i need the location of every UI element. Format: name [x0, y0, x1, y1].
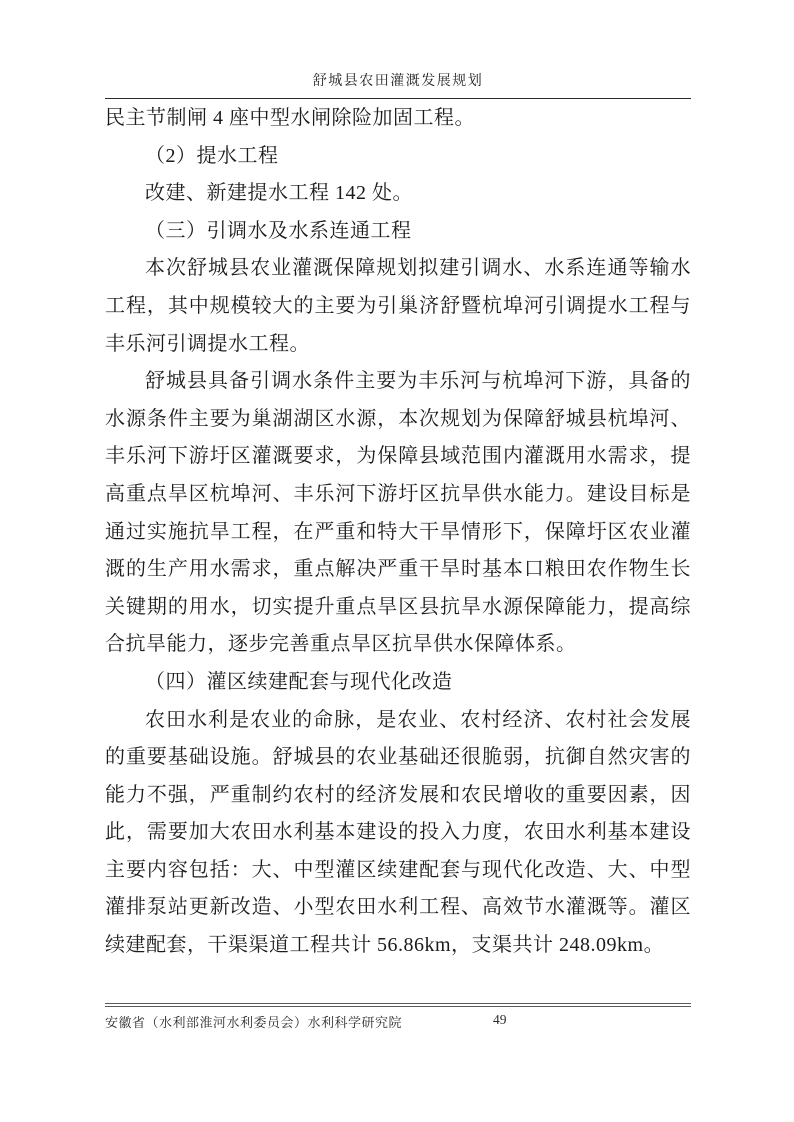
page-header: 舒城县农田灌溉发展规划 — [105, 0, 691, 99]
paragraph-continuation: 民主节制闸 4 座中型水闸除险加固工程。 — [105, 100, 691, 138]
heading-section-4-irrigation-district: （四）灌区续建配套与现代化改造 — [105, 664, 691, 702]
page-footer: 安徽省（水利部淮河水利委员会）水利科学研究院 49 — [105, 1003, 691, 1031]
heading-item-2-lifting-works: （2）提水工程 — [105, 138, 691, 176]
paragraph-lifting-works: 改建、新建提水工程 142 处。 — [105, 175, 691, 213]
heading-section-3-water-diversion: （三）引调水及水系连通工程 — [105, 213, 691, 251]
footer-organization: 安徽省（水利部淮河水利委员会）水利科学研究院 — [105, 1015, 402, 1030]
page-number: 49 — [493, 1012, 507, 1028]
footer-divider — [105, 1003, 691, 1007]
header-title: 舒城县农田灌溉发展规划 — [105, 70, 691, 90]
paragraph-diversion-overview: 本次舒城县农业灌溉保障规划拟建引调水、水系连通等输水工程，其中规模较大的主要为引… — [105, 250, 691, 363]
document-page: 舒城县农田灌溉发展规划 民主节制闸 4 座中型水闸除险加固工程。 （2）提水工程… — [0, 0, 794, 1122]
paragraph-irrigation-district: 农田水利是农业的命脉，是农业、农村经济、农村社会发展的重要基础设施。舒城县的农业… — [105, 702, 691, 965]
document-body: 民主节制闸 4 座中型水闸除险加固工程。 （2）提水工程 改建、新建提水工程 1… — [105, 100, 691, 965]
paragraph-diversion-conditions: 舒城县具备引调水条件主要为丰乐河与杭埠河下游，具备的水源条件主要为巢湖湖区水源，… — [105, 363, 691, 664]
footer-row: 安徽省（水利部淮河水利委员会）水利科学研究院 49 — [105, 1012, 691, 1031]
